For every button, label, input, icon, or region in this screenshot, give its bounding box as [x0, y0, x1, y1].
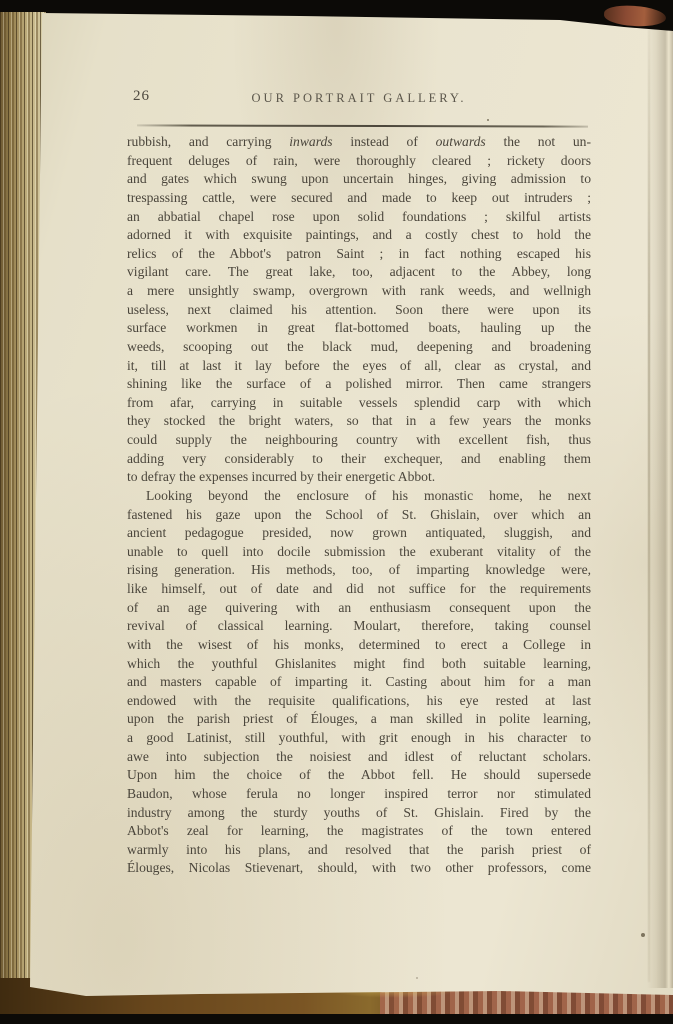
paper-speck: [641, 933, 645, 937]
book-page: 26 OUR PORTRAIT GALLERY. rubbish, and ca…: [0, 0, 673, 1024]
text-line: warmly into his plans, and resolved that…: [127, 841, 591, 860]
running-header: OUR PORTRAIT GALLERY.: [127, 91, 591, 106]
text-line: upon the parish priest of Élouges, a man…: [127, 710, 591, 729]
text-line: shining like the surface of a polished m…: [127, 375, 591, 394]
text-line: Élouges, Nicolas Stievenart, should, wit…: [127, 859, 591, 878]
text-line: weeds, scooping out the black mud, deepe…: [127, 338, 591, 357]
text-line: Upon him the choice of the Abbot fell. H…: [127, 766, 591, 785]
text-line: vigilant care. The great lake, too, adja…: [127, 263, 591, 282]
text-line: unable to quell into docile submission t…: [127, 543, 591, 562]
right-edge-shadow: [647, 22, 673, 988]
page-header-row: 26 OUR PORTRAIT GALLERY.: [127, 88, 591, 108]
text-line: surface workmen in great flat-bottomed b…: [127, 319, 591, 338]
text-line: rising generation. His methods, too, of …: [127, 561, 591, 580]
text-line: an abbatial chapel rose upon solid found…: [127, 208, 591, 227]
text-line: relics of the Abbot's patron Saint ; in …: [127, 245, 591, 264]
text-line: and masters capable of imparting it. Cas…: [127, 673, 591, 692]
text-line: from afar, carrying in suitable vessels …: [127, 394, 591, 413]
page-text: rubbish, and carrying inwards instead of…: [127, 133, 591, 878]
text-line: like himself, out of date and did not su…: [127, 580, 591, 599]
text-line: fastened his gaze upon the School of St.…: [127, 506, 591, 525]
text-line: Abbot's zeal for learning, the magistrat…: [127, 822, 591, 841]
text-line: awe into subjection the noisiest and idl…: [127, 748, 591, 767]
text-line: a mere unsightly swamp, overgrown with r…: [127, 282, 591, 301]
header-divider: [137, 124, 588, 127]
text-line: endowed with the requisite qualification…: [127, 692, 591, 711]
text-line: useless, next claimed his attention. Soo…: [127, 301, 591, 320]
text-line: Looking beyond the enclosure of his mona…: [127, 487, 591, 506]
text-line: a good Latinist, still youthful, with gr…: [127, 729, 591, 748]
text-line: trespassing cattle, were secured and mad…: [127, 189, 591, 208]
text-line: rubbish, and carrying inwards instead of…: [127, 133, 591, 152]
text-line: which the youthful Ghislanites might fin…: [127, 655, 591, 674]
text-line: with the wisest of his monks, determined…: [127, 636, 591, 655]
text-line: they stocked the bright waters, so that …: [127, 412, 591, 431]
paper-speck: [416, 977, 418, 979]
text-line: industry among the sturdy youths of St. …: [127, 804, 591, 823]
spine-fragment: [604, 4, 667, 27]
text-line: adorned it with exquisite paintings, and…: [127, 226, 591, 245]
text-line: and gates which swung upon uncertain hin…: [127, 170, 591, 189]
text-line: to defray the expenses incurred by their…: [127, 468, 591, 487]
photo-background: { "page_header": { "page_number": "26", …: [0, 0, 673, 1024]
paper-speck: [487, 119, 489, 121]
text-line: could supply the neighbouring country wi…: [127, 431, 591, 450]
text-line: it, till at last it lay before the eyes …: [127, 357, 591, 376]
text-line: revival of classical learning. Moulart, …: [127, 617, 591, 636]
text-line: Baudon, whose ferula no longer inspired …: [127, 785, 591, 804]
text-line: of an age quivering with an enthusiasm c…: [127, 599, 591, 618]
text-line: ancient pedagogue presided, now grown an…: [127, 524, 591, 543]
text-line: frequent deluges of rain, were thoroughl…: [127, 152, 591, 171]
text-line: adding very considerably to their excheq…: [127, 450, 591, 469]
